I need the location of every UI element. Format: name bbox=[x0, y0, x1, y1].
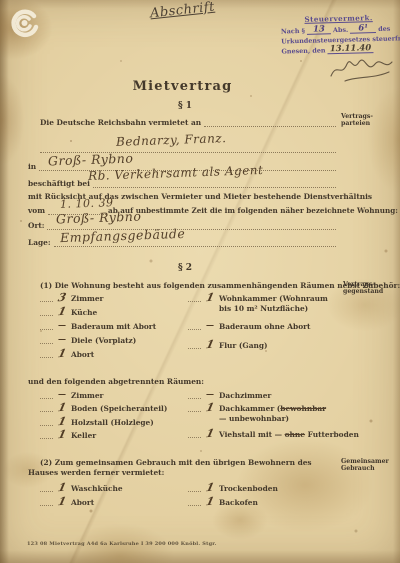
room-count-mark: — bbox=[53, 321, 71, 330]
room-count-mark: 1 bbox=[52, 348, 73, 360]
s2-separate-rooms-heading: und den folgenden abgetrennten Räumen: bbox=[28, 378, 204, 387]
margin-note-parties: Vertrags- parteien bbox=[341, 113, 373, 128]
struck-word: bewohnbar bbox=[280, 404, 326, 413]
dotted-fill-line bbox=[40, 321, 53, 330]
s1-ort-label: Ort: bbox=[28, 222, 44, 231]
section-1-heading: § 1 bbox=[105, 102, 265, 112]
s2-paragraph-2: (2) Zum gemeinsamen Gebrauch mit den übr… bbox=[28, 458, 336, 478]
room-count-mark: 1 bbox=[200, 496, 221, 508]
stamp-line1-post: des bbox=[378, 25, 390, 33]
rooms-list-left: 3 Zimmer 1 Küche — Baderaum mit Abort — … bbox=[40, 293, 185, 363]
tax-stamp: Steuervermerk. Nach § 13 Abs. 6¹ des Urk… bbox=[280, 12, 397, 57]
room-count-mark: 1 bbox=[52, 482, 73, 494]
form-imprint: 123 08 Mietvertrag A4d 6a Karlsruhe I 39… bbox=[27, 541, 217, 547]
room-label: Viehstall mit — ohne Futterboden bbox=[219, 429, 359, 440]
rooms-list-right: 1 Wohnkammer (Wohnraum bis 10 m² Nutzflä… bbox=[188, 293, 340, 363]
room-count-mark: — bbox=[201, 321, 219, 330]
dotted-fill-line bbox=[40, 483, 53, 492]
dotted-fill-line bbox=[188, 321, 201, 330]
room-label: Abort bbox=[71, 497, 94, 508]
dotted-fill-line bbox=[93, 186, 336, 188]
room-count-mark: 1 bbox=[52, 496, 73, 508]
common-use-right: 1 Trockenboden 1 Backofen bbox=[188, 483, 340, 513]
stamp-title: Steuervermerk. bbox=[280, 12, 396, 24]
scanned-document-page: Abschrift Steuervermerk. Nach § 13 Abs. … bbox=[0, 0, 400, 563]
dotted-fill-line bbox=[40, 349, 53, 358]
tenant-name-handwritten: Bednarzy, Franz. bbox=[116, 131, 227, 149]
stamp-line1-mid: Abs. bbox=[333, 26, 348, 34]
separate-rooms-right: — Dachzimmer 1 Dachkammer (bewohnbar — u… bbox=[188, 390, 346, 446]
room-label: Abort bbox=[71, 349, 94, 360]
separate-rooms-left: — Zimmer 1 Boden (Speicheranteil) 1 Holz… bbox=[40, 390, 185, 446]
room-count-mark: — bbox=[201, 390, 219, 399]
room-label: Zimmer bbox=[71, 390, 103, 401]
archive-watermark-icon bbox=[7, 7, 41, 41]
dotted-fill-line bbox=[40, 390, 53, 399]
room-count-mark: 3 bbox=[52, 292, 73, 304]
signature-scribble bbox=[325, 52, 397, 86]
room-count-mark: 1 bbox=[200, 292, 221, 304]
s1-employed-label: beschäftigt bei bbox=[28, 180, 90, 189]
section-2-heading: § 2 bbox=[105, 264, 265, 274]
dotted-fill-line bbox=[40, 403, 53, 412]
room-count-mark: 1 bbox=[200, 339, 221, 351]
room-label: Trockenboden bbox=[219, 483, 278, 494]
dotted-fill-line bbox=[188, 497, 201, 506]
room-label: Backofen bbox=[219, 497, 258, 508]
handwritten-copy-annotation: Abschrift bbox=[149, 0, 215, 21]
margin-note-common-use: Gemeinsamer Gebrauch bbox=[341, 458, 389, 473]
s1-intro-text: Die Deutsche Reichsbahn vermietet an bbox=[40, 119, 201, 128]
s1-from-label: vom bbox=[28, 207, 45, 216]
room-label: Baderaum mit Abort bbox=[71, 321, 156, 332]
room-label: Wohnkammer (Wohnraum bis 10 m² Nutzfläch… bbox=[219, 293, 333, 314]
struck-word: ohne bbox=[285, 430, 305, 439]
dotted-fill-line bbox=[40, 335, 53, 344]
room-label: Waschküche bbox=[71, 483, 123, 494]
room-label: Diele (Vorplatz) bbox=[71, 335, 136, 346]
dotted-fill-line bbox=[40, 307, 53, 316]
dotted-fill-line bbox=[188, 340, 201, 349]
room-label: Zimmer bbox=[71, 293, 103, 304]
room-label: Holzstall (Holzlege) bbox=[71, 417, 154, 428]
document-title: Mietvertrag bbox=[100, 80, 265, 94]
s1-lage-label: Lage: bbox=[28, 239, 51, 248]
room-label: Baderaum ohne Abort bbox=[219, 321, 310, 332]
stamp-absatz-value: 6¹ bbox=[350, 24, 376, 34]
stamp-line1-pre: Nach § bbox=[281, 27, 305, 36]
dotted-fill-line bbox=[54, 245, 336, 247]
dotted-fill-line bbox=[188, 483, 201, 492]
dotted-fill-line bbox=[188, 293, 201, 302]
dotted-fill-line bbox=[204, 125, 336, 127]
dotted-fill-line bbox=[40, 430, 53, 439]
room-label: Dachkammer (bewohnbar — unbewohnbar) bbox=[219, 403, 335, 424]
ort-handwritten: Groß- Rybno bbox=[56, 209, 142, 227]
room-count-mark: 1 bbox=[200, 402, 221, 414]
residence-handwritten: Groß- Rybno bbox=[48, 151, 134, 169]
dotted-fill-line bbox=[40, 417, 53, 426]
room-label: Flur (Gang) bbox=[219, 340, 268, 351]
dotted-fill-line bbox=[188, 403, 201, 412]
dotted-fill-line bbox=[188, 390, 201, 399]
room-count-mark: 1 bbox=[52, 416, 73, 428]
stamp-paragraph-value: 13 bbox=[307, 25, 331, 35]
start-date-handwritten: 1. 10. 39 bbox=[60, 196, 114, 211]
s1-in-label: in bbox=[28, 163, 36, 172]
paper-speckles bbox=[0, 0, 2, 2]
room-label: Küche bbox=[71, 307, 97, 318]
room-label: Keller bbox=[71, 430, 96, 441]
room-count-mark: 1 bbox=[200, 482, 221, 494]
room-count-mark: — bbox=[53, 335, 71, 344]
dotted-fill-line bbox=[40, 497, 53, 506]
room-label: Dachzimmer bbox=[219, 390, 271, 401]
room-label: Boden (Speicheranteil) bbox=[71, 403, 167, 414]
common-use-left: 1 Waschküche 1 Abort bbox=[40, 483, 185, 513]
dotted-fill-line bbox=[188, 429, 201, 438]
room-count-mark: 1 bbox=[52, 429, 73, 441]
room-count-mark: 1 bbox=[52, 402, 73, 414]
stamp-place-date-label: Gnesen, den bbox=[281, 46, 325, 55]
room-count-mark: 1 bbox=[200, 428, 221, 440]
room-count-mark: — bbox=[53, 390, 71, 399]
margin-note-subject: Vertrags- gegenstand bbox=[343, 281, 383, 296]
room-count-mark: 1 bbox=[52, 306, 73, 318]
s1-from-rest-text: ab auf unbestimmte Zeit die im folgenden… bbox=[108, 207, 398, 215]
dotted-fill-line bbox=[40, 293, 53, 302]
